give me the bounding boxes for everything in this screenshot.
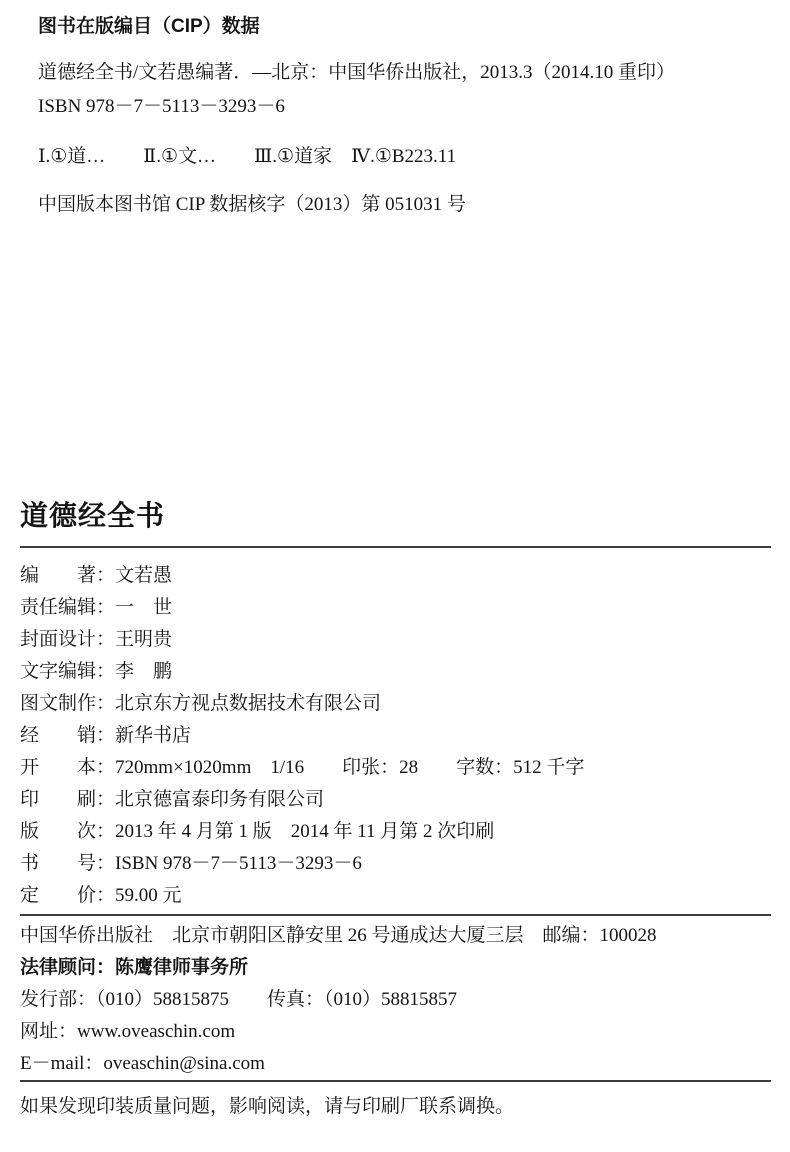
credits-list: 编 著：文若愚 责任编辑：一 世 封面设计：王明贵 文字编辑：李 鹏 图文制作：… bbox=[20, 560, 771, 912]
cip-classification-line: Ⅰ.①道… Ⅱ.①文… Ⅲ.①道家 Ⅳ.①B223.11 bbox=[38, 144, 770, 170]
credit-label: 文字编辑： bbox=[20, 661, 115, 682]
credit-value: ISBN 978－7－5113－3293－6 bbox=[115, 853, 362, 874]
credits-divider bbox=[20, 914, 771, 916]
credit-row-distribution: 经 销：新华书店 bbox=[20, 720, 771, 752]
credit-row-format: 开 本：720mm×1020mm 1/16 印张：28 字数：512 千字 bbox=[20, 752, 771, 784]
cip-heading: 图书在版编目（CIP）数据 bbox=[38, 14, 770, 40]
credit-row-author: 编 著：文若愚 bbox=[20, 560, 771, 592]
footer-divider bbox=[20, 1080, 771, 1082]
credit-value: 59.00 元 bbox=[115, 885, 182, 906]
publisher-address-line: 中国华侨出版社 北京市朝阳区静安里 26 号通成达大厦三层 邮编：100028 bbox=[20, 920, 771, 952]
credit-value: 720mm×1020mm 1/16 印张：28 字数：512 千字 bbox=[115, 757, 584, 778]
cip-registry-line: 中国版本图书馆 CIP 数据核字（2013）第 051031 号 bbox=[38, 192, 770, 218]
credit-row-printer: 印 刷：北京德富泰印务有限公司 bbox=[20, 784, 771, 816]
phone-fax-line: 发行部：（010）58815875 传真：（010）58815857 bbox=[20, 984, 771, 1016]
credit-row-managing-editor: 责任编辑：一 世 bbox=[20, 592, 771, 624]
credit-label: 编 著： bbox=[20, 565, 115, 586]
credit-value: 王明贵 bbox=[115, 629, 172, 650]
credit-value: 文若愚 bbox=[115, 565, 172, 586]
credit-value: 新华书店 bbox=[115, 725, 191, 746]
credit-value: 2013 年 4 月第 1 版 2014 年 11 月第 2 次印刷 bbox=[115, 821, 494, 842]
colophon-block: 道德经全书 编 著：文若愚 责任编辑：一 世 封面设计：王明贵 文字编辑：李 鹏… bbox=[20, 500, 771, 1122]
title-divider bbox=[20, 546, 771, 548]
credit-value: 一 世 bbox=[115, 597, 172, 618]
credit-label: 版 次： bbox=[20, 821, 115, 842]
credit-row-text-editor: 文字编辑：李 鹏 bbox=[20, 656, 771, 688]
credit-value: 李 鹏 bbox=[115, 661, 172, 682]
website-line: 网址：www.oveaschin.com bbox=[20, 1016, 771, 1048]
credit-row-edition: 版 次：2013 年 4 月第 1 版 2014 年 11 月第 2 次印刷 bbox=[20, 816, 771, 848]
cip-entry-line: 道德经全书/文若愚编著．—北京：中国华侨出版社，2013.3（2014.10 重… bbox=[38, 60, 770, 86]
credit-label: 定 价： bbox=[20, 885, 115, 906]
copyright-page: 图书在版编目（CIP）数据 道德经全书/文若愚编著．—北京：中国华侨出版社，20… bbox=[0, 0, 790, 1152]
credit-row-isbn: 书 号：ISBN 978－7－5113－3293－6 bbox=[20, 848, 771, 880]
credit-label: 封面设计： bbox=[20, 629, 115, 650]
credit-label: 开 本： bbox=[20, 757, 115, 778]
credit-value: 北京德富泰印务有限公司 bbox=[115, 789, 324, 810]
credit-row-price: 定 价：59.00 元 bbox=[20, 880, 771, 912]
credit-value: 北京东方视点数据技术有限公司 bbox=[115, 693, 381, 714]
credit-label: 经 销： bbox=[20, 725, 115, 746]
publisher-block: 中国华侨出版社 北京市朝阳区静安里 26 号通成达大厦三层 邮编：100028 … bbox=[20, 920, 771, 1080]
book-title: 道德经全书 bbox=[20, 500, 771, 532]
credit-row-layout: 图文制作：北京东方视点数据技术有限公司 bbox=[20, 688, 771, 720]
credit-label: 图文制作： bbox=[20, 693, 115, 714]
credit-label: 书 号： bbox=[20, 853, 115, 874]
credit-label: 印 刷： bbox=[20, 789, 115, 810]
credit-row-cover-design: 封面设计：王明贵 bbox=[20, 624, 771, 656]
quality-notice: 如果发现印装质量问题，影响阅读，请与印刷厂联系调换。 bbox=[20, 1092, 771, 1122]
cip-block: 图书在版编目（CIP）数据 道德经全书/文若愚编著．—北京：中国华侨出版社，20… bbox=[38, 14, 770, 218]
email-line: E－mail：oveaschin@sina.com bbox=[20, 1048, 771, 1080]
cip-isbn-line: ISBN 978－7－5113－3293－6 bbox=[38, 94, 770, 120]
legal-counsel-line: 法律顾问：陈鹰律师事务所 bbox=[20, 952, 771, 984]
credit-label: 责任编辑： bbox=[20, 597, 115, 618]
